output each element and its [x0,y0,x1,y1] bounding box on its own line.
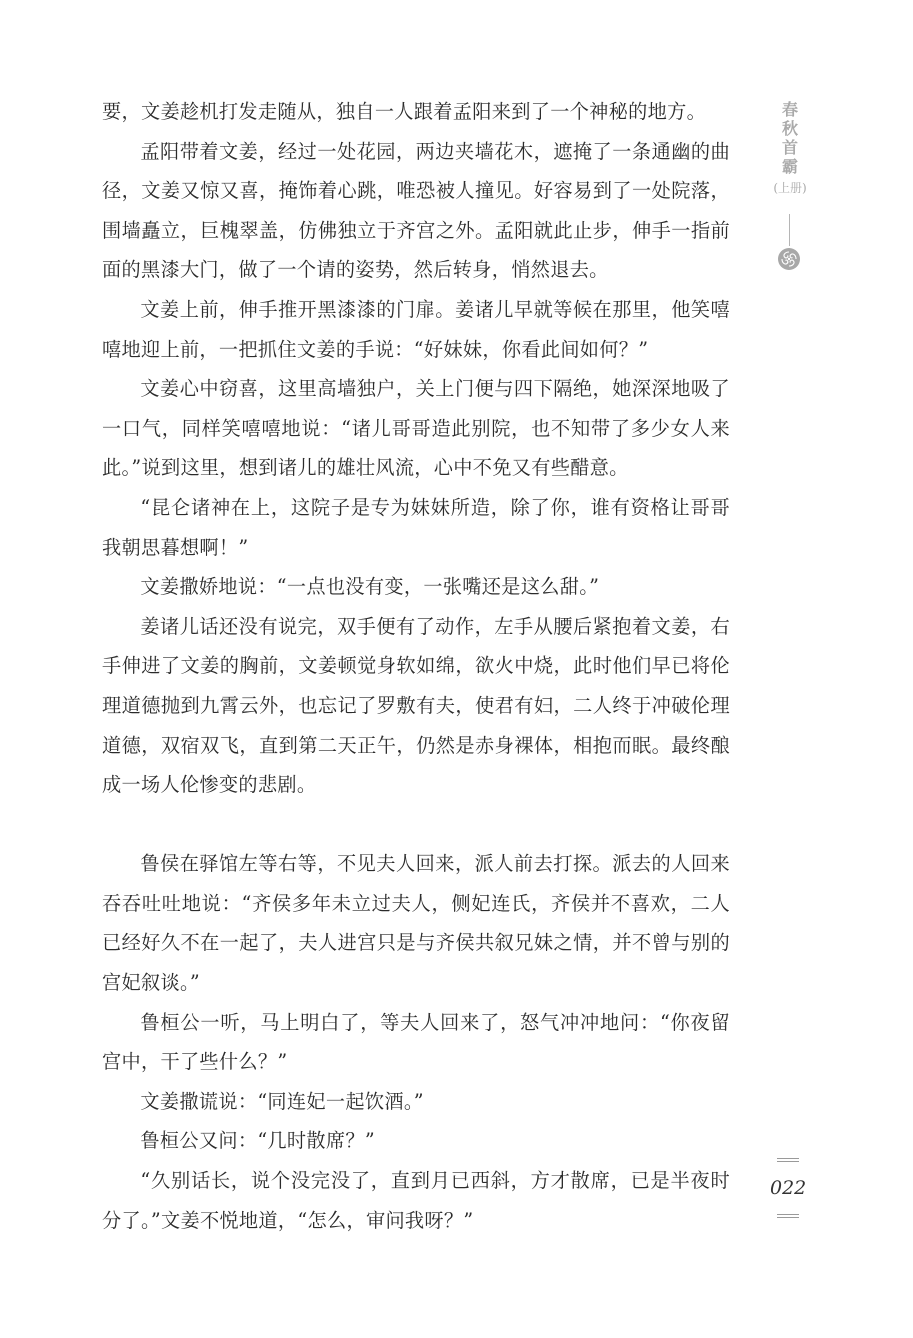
book-title-vertical: 春 秋 首 霸 (上册) [773,100,807,196]
book-title-char: 首 [773,138,807,157]
paragraph: 鲁桓公一听，马上明白了，等夫人回来了，怒气冲冲地问：“你夜留宫中，干了些什么？” [102,1003,730,1082]
page-number-rule-top [777,1158,799,1162]
vertical-divider [789,214,790,246]
paragraph: 要，文姜趁机打发走随从，独自一人跟着孟阳来到了一个神秘的地方。 [102,92,730,132]
page-number: 022 [770,1176,806,1200]
book-title-char: 秋 [773,119,807,138]
paragraph: 文姜心中窃喜，这里高墙独户，关上门便与四下隔绝，她深深地吸了一口气，同样笑嘻嘻地… [102,369,730,488]
volume-label: (上册) [763,180,817,196]
paragraph: 文姜撒娇地说：“一点也没有变，一张嘴还是这么甜。” [102,567,730,607]
paragraph: 文姜撒谎说：“同连妃一起饮酒。” [102,1082,730,1122]
paragraph: “久别话长，说个没完没了，直到月已西斜，方才散席，已是半夜时分了。”文姜不悦地道… [102,1161,730,1240]
book-title-char: 霸 [773,157,807,176]
paragraph: 鲁侯在驿馆左等右等，不见夫人回来，派人前去打探。派去的人回来吞吞吐吐地说：“齐侯… [102,844,730,1002]
paragraph: 姜诸儿话还没有说完，双手便有了动作，左手从腰后紧抱着文姜，右手伸进了文姜的胸前，… [102,607,730,805]
paragraph: 文姜上前，伸手推开黑漆漆的门扉。姜诸儿早就等候在那里，他笑嘻嘻地迎上前，一把抓住… [102,290,730,369]
page-number-block: 022 [770,1158,806,1218]
paragraph: 孟阳带着文姜，经过一处花园，两边夹墙花木，遮掩了一条通幽的曲径，文姜又惊又喜，掩… [102,132,730,290]
paragraph: “昆仑诸神在上，这院子是专为妹妹所造，除了你，谁有资格让哥哥我朝思暮想啊！” [102,488,730,567]
page-number-rule-bottom [777,1214,799,1218]
body-text: 要，文姜趁机打发走随从，独自一人跟着孟阳来到了一个神秘的地方。 孟阳带着文姜，经… [102,92,730,1240]
book-title-char: 春 [773,100,807,119]
paragraph: 鲁桓公又问：“几时散席？” [102,1121,730,1161]
circular-scroll-emblem-icon [778,248,800,270]
section-break [102,805,730,845]
